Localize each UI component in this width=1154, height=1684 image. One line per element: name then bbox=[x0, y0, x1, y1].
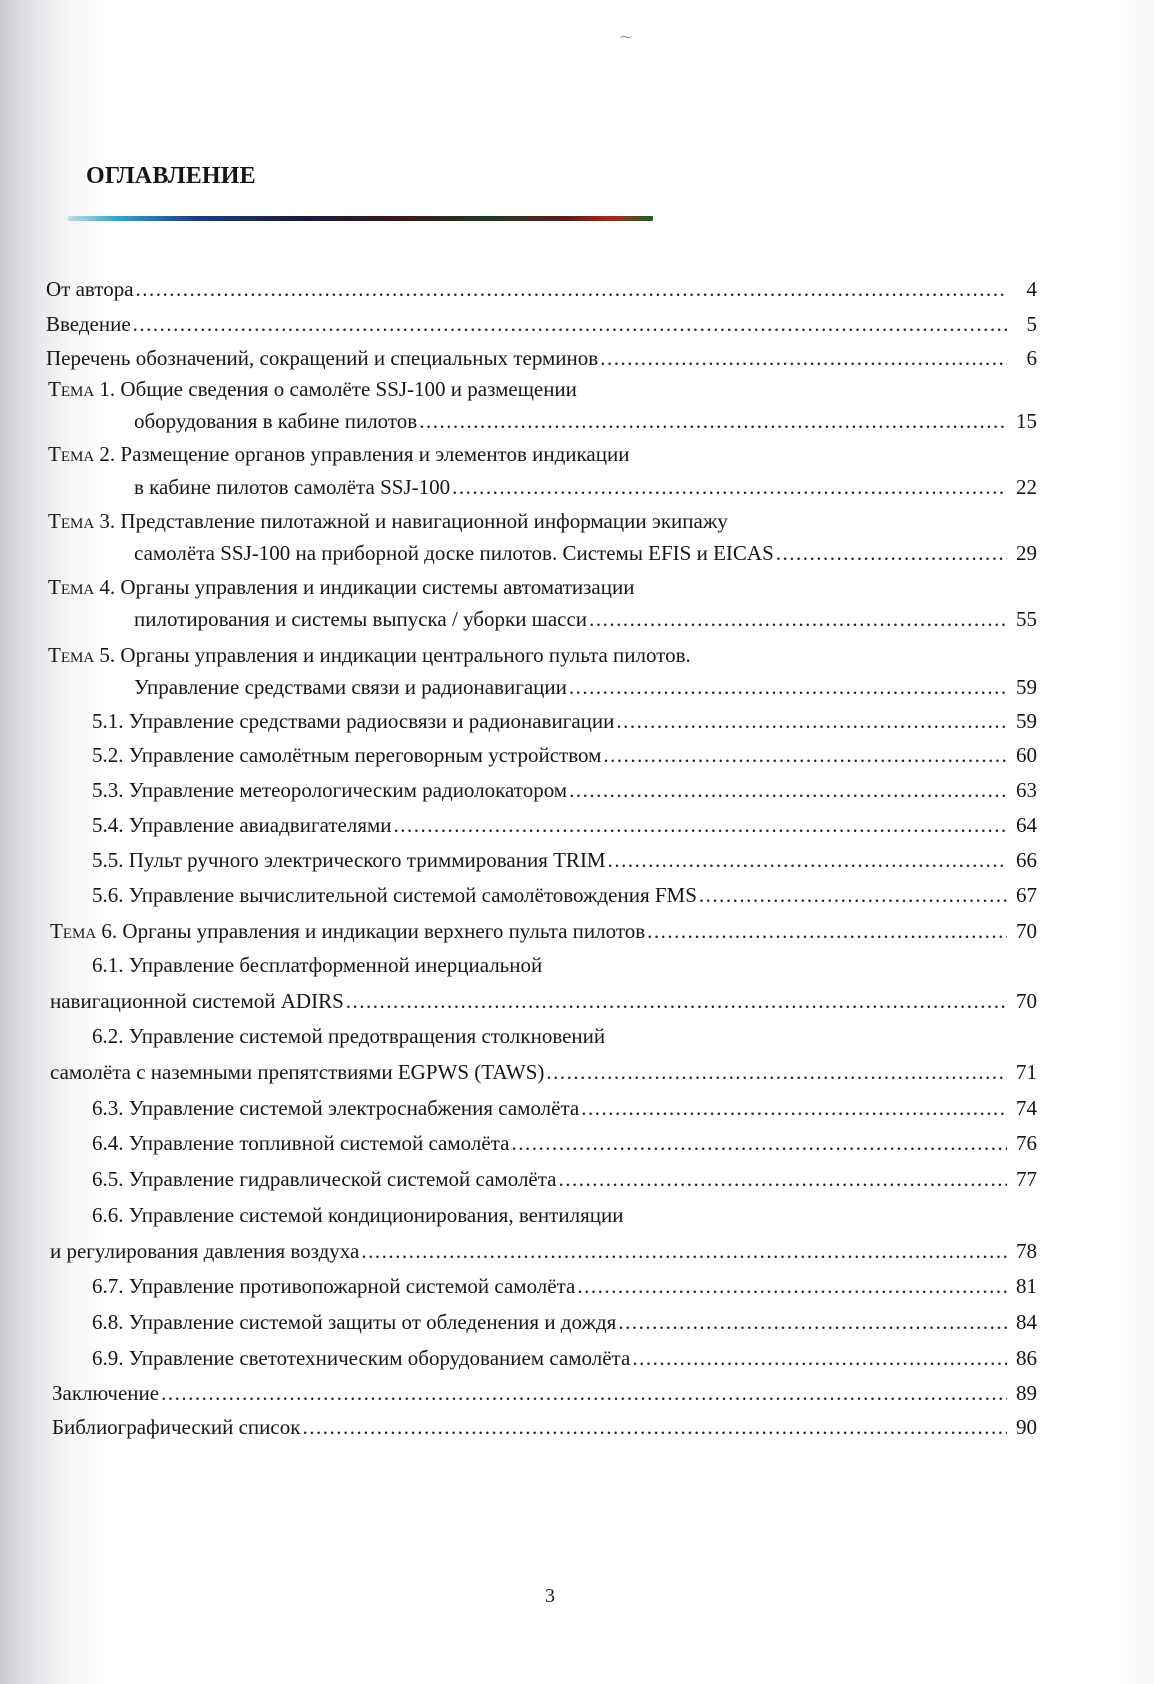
toc-entry-label: 5.2. Управление самолётным переговорным … bbox=[92, 742, 601, 768]
toc-entry-label: Заключение bbox=[52, 1380, 159, 1406]
toc-entry-s-6-1[interactable]: навигационной системой ADIRS 70 bbox=[50, 988, 1037, 1014]
toc-entry-title: Органы управления и индикации верхнего п… bbox=[122, 919, 645, 943]
toc-entry-label: 5.5. Пульт ручного электрического тримми… bbox=[92, 847, 606, 873]
dot-leader bbox=[452, 474, 1007, 500]
toc-entry-s-6-5[interactable]: 6.5. Управление гидравлической системой … bbox=[92, 1166, 1037, 1192]
toc-entry-page: 6 bbox=[1011, 345, 1037, 371]
toc-entry-label: 6.3. Управление системой электроснабжени… bbox=[92, 1095, 579, 1121]
toc-entry-tema-3[interactable]: самолёта SSJ-100 на приборной доске пило… bbox=[134, 540, 1037, 566]
toc-entry-label: 6.4. Управление топливной системой самол… bbox=[92, 1130, 509, 1156]
toc-entry-tema-6[interactable]: Тема 6. Органы управления и индикации ве… bbox=[50, 918, 1037, 944]
toc-entry-abbreviations[interactable]: Перечень обозначений, сокращений и специ… bbox=[46, 345, 1037, 371]
dot-leader bbox=[618, 1309, 1007, 1335]
dot-leader bbox=[546, 1059, 1007, 1085]
dot-leader bbox=[581, 1095, 1007, 1121]
toc-entry-page: 4 bbox=[1011, 276, 1037, 302]
toc-entry-page: 90 bbox=[1011, 1414, 1037, 1440]
toc-entry-label: Введение bbox=[46, 311, 131, 337]
dot-leader bbox=[559, 1166, 1007, 1192]
tema-number: 1. bbox=[99, 377, 115, 401]
dot-leader bbox=[647, 918, 1007, 944]
dot-leader bbox=[776, 540, 1007, 566]
toc-entry-page: 55 bbox=[1011, 606, 1037, 632]
toc-entry-label: Тема 6. Органы управления и индикации ве… bbox=[50, 918, 645, 944]
toc-entry-page: 70 bbox=[1011, 988, 1037, 1014]
toc-entry-label-continued: самолёта SSJ-100 на приборной доске пило… bbox=[134, 540, 774, 566]
toc-entry-s-6-1-title[interactable]: 6.1. Управление бесплатформенной инерциа… bbox=[92, 952, 542, 978]
toc-entry-s-6-2[interactable]: самолёта с наземными препятствиями EGPWS… bbox=[50, 1059, 1037, 1085]
toc-entry-label: Размещение органов управления и элементо… bbox=[120, 442, 629, 466]
toc-entry-page: 81 bbox=[1011, 1273, 1037, 1299]
toc-entry-s-5-2[interactable]: 5.2. Управление самолётным переговорным … bbox=[92, 742, 1037, 768]
toc-entry-conclusion[interactable]: Заключение 89 bbox=[52, 1380, 1037, 1406]
toc-entry-page: 66 bbox=[1011, 847, 1037, 873]
toc-entry-tema-5[interactable]: Управление средствами связи и радионавиг… bbox=[134, 674, 1037, 700]
toc-entry-label: 6.7. Управление противопожарной системой… bbox=[92, 1273, 575, 1299]
toc-entry-page: 89 bbox=[1011, 1380, 1037, 1406]
toc-entry-s-6-7[interactable]: 6.7. Управление противопожарной системой… bbox=[92, 1273, 1037, 1299]
toc-entry-s-6-9[interactable]: 6.9. Управление светотехническим оборудо… bbox=[92, 1345, 1037, 1371]
dot-leader bbox=[569, 777, 1007, 803]
toc-entry-label: 6.6. Управление системой кондиционирован… bbox=[92, 1203, 623, 1227]
toc-entry-tema-1[interactable]: оборудования в кабине пилотов 15 bbox=[134, 408, 1037, 434]
toc-entry-page: 84 bbox=[1011, 1309, 1037, 1335]
toc-entry-tema-1-title[interactable]: Тема 1. Общие сведения о самолёте SSJ-10… bbox=[48, 376, 577, 402]
toc-entry-page: 59 bbox=[1011, 674, 1037, 700]
toc-entry-s-5-4[interactable]: 5.4. Управление авиадвигателями 64 bbox=[92, 812, 1037, 838]
toc-entry-tema-5-title[interactable]: Тема 5. Органы управления и индикации це… bbox=[48, 642, 691, 668]
toc-entry-page: 5 bbox=[1011, 311, 1037, 337]
toc-entry-s-5-3[interactable]: 5.3. Управление метеорологическим радиол… bbox=[92, 777, 1037, 803]
tema-number: 4. bbox=[99, 575, 115, 599]
dot-leader bbox=[136, 276, 1007, 302]
toc-entry-introduction[interactable]: Введение 5 bbox=[46, 311, 1037, 337]
tema-label: Тема bbox=[48, 575, 94, 599]
toc-entry-page: 71 bbox=[1011, 1059, 1037, 1085]
dot-leader bbox=[603, 742, 1007, 768]
dot-leader bbox=[361, 1238, 1007, 1264]
toc-entry-tema-2-title[interactable]: Тема 2. Размещение органов управления и … bbox=[48, 441, 629, 467]
toc-entry-page: 63 bbox=[1011, 777, 1037, 803]
toc-entry-page: 74 bbox=[1011, 1095, 1037, 1121]
toc-entry-s-6-8[interactable]: 6.8. Управление системой защиты от облед… bbox=[92, 1309, 1037, 1335]
toc-entry-label: Общие сведения о самолёте SSJ-100 и разм… bbox=[120, 377, 576, 401]
toc-entry-label: Органы управления и индикации системы ав… bbox=[120, 575, 634, 599]
toc-entry-page: 86 bbox=[1011, 1345, 1037, 1371]
toc-entry-label: 6.1. Управление бесплатформенной инерциа… bbox=[92, 953, 542, 977]
dot-leader bbox=[394, 812, 1007, 838]
toc-entry-label: Органы управления и индикации центрально… bbox=[120, 643, 690, 667]
dot-leader bbox=[302, 1414, 1007, 1440]
dot-leader bbox=[608, 847, 1007, 873]
toc-entry-label: 6.5. Управление гидравлической системой … bbox=[92, 1166, 557, 1192]
toc-entry-label: Представление пилотажной и навигационной… bbox=[120, 509, 727, 533]
dot-leader bbox=[161, 1380, 1007, 1406]
toc-entry-label: 5.3. Управление метеорологическим радиол… bbox=[92, 777, 567, 803]
dot-leader bbox=[511, 1130, 1007, 1156]
toc-entry-from-author[interactable]: От автора 4 bbox=[46, 276, 1037, 302]
toc-entry-page: 76 bbox=[1011, 1130, 1037, 1156]
toc-entry-s-6-2-title[interactable]: 6.2. Управление системой предотвращения … bbox=[92, 1023, 605, 1049]
tema-number: 2. bbox=[99, 442, 115, 466]
toc-entry-label-continued: пилотирования и системы выпуска / уборки… bbox=[134, 606, 587, 632]
dot-leader bbox=[699, 882, 1007, 908]
toc-entry-page: 29 bbox=[1011, 540, 1037, 566]
toc-entry-page: 77 bbox=[1011, 1166, 1037, 1192]
toc-entry-tema-2[interactable]: в кабине пилотов самолёта SSJ-100 22 bbox=[134, 474, 1037, 500]
toc-heading: ОГЛАВЛЕНИЕ bbox=[86, 163, 256, 190]
paper-speck: ⁓ bbox=[620, 34, 634, 40]
tema-label: Тема bbox=[48, 442, 94, 466]
toc-entry-label-continued: в кабине пилотов самолёта SSJ-100 bbox=[134, 474, 450, 500]
toc-entry-s-5-6[interactable]: 5.6. Управление вычислительной системой … bbox=[92, 882, 1037, 908]
toc-entry-label: Перечень обозначений, сокращений и специ… bbox=[46, 345, 598, 371]
dot-leader bbox=[632, 1345, 1007, 1371]
tema-label: Тема bbox=[48, 377, 94, 401]
toc-entry-label: 6.9. Управление светотехническим оборудо… bbox=[92, 1345, 630, 1371]
toc-entry-label: От автора bbox=[46, 276, 134, 302]
dot-leader bbox=[616, 708, 1007, 734]
toc-entry-label: 5.1. Управление средствами радиосвязи и … bbox=[92, 708, 614, 734]
toc-entry-label: 5.6. Управление вычислительной системой … bbox=[92, 882, 697, 908]
toc-entry-s-5-1[interactable]: 5.1. Управление средствами радиосвязи и … bbox=[92, 708, 1037, 734]
toc-entry-page: 59 bbox=[1011, 708, 1037, 734]
toc-entry-label: 6.2. Управление системой предотвращения … bbox=[92, 1024, 605, 1048]
toc-entry-label: 6.8. Управление системой защиты от облед… bbox=[92, 1309, 616, 1335]
toc-entry-label: Библиографический список bbox=[52, 1414, 300, 1440]
toc-entry-bibliography[interactable]: Библиографический список 90 bbox=[52, 1414, 1037, 1440]
dot-leader bbox=[577, 1273, 1007, 1299]
dot-leader bbox=[589, 606, 1007, 632]
toc-entry-s-6-4[interactable]: 6.4. Управление топливной системой самол… bbox=[92, 1130, 1037, 1156]
toc-entry-label-continued: Управление средствами связи и радионавиг… bbox=[134, 674, 567, 700]
toc-entry-tema-4[interactable]: пилотирования и системы выпуска / уборки… bbox=[134, 606, 1037, 632]
toc-entry-page: 64 bbox=[1011, 812, 1037, 838]
toc-entry-page: 67 bbox=[1011, 882, 1037, 908]
toc-entry-page: 60 bbox=[1011, 742, 1037, 768]
tema-label: Тема bbox=[48, 509, 94, 533]
toc-entry-page: 70 bbox=[1011, 918, 1037, 944]
tema-label: Тема bbox=[50, 919, 96, 943]
page-number: 3 bbox=[0, 1585, 1100, 1608]
toc-entry-label-continued: навигационной системой ADIRS bbox=[50, 988, 344, 1014]
toc-entry-s-6-6-title[interactable]: 6.6. Управление системой кондиционирован… bbox=[92, 1202, 623, 1228]
dot-leader bbox=[419, 408, 1007, 434]
toc-entry-page: 78 bbox=[1011, 1238, 1037, 1264]
toc-entry-s-6-6[interactable]: и регулирования давления воздуха 78 bbox=[50, 1238, 1037, 1264]
tema-number: 3. bbox=[99, 509, 115, 533]
toc-entry-label-continued: самолёта с наземными препятствиями EGPWS… bbox=[50, 1059, 544, 1085]
toc-entry-label: 5.4. Управление авиадвигателями bbox=[92, 812, 392, 838]
toc-entry-tema-3-title[interactable]: Тема 3. Представление пилотажной и навиг… bbox=[48, 508, 728, 534]
tema-label: Тема bbox=[48, 643, 94, 667]
tema-number: 5. bbox=[99, 643, 115, 667]
toc-entry-tema-4-title[interactable]: Тема 4. Органы управления и индикации си… bbox=[48, 574, 634, 600]
toc-entry-page: 22 bbox=[1011, 474, 1037, 500]
toc-entry-s-6-3[interactable]: 6.3. Управление системой электроснабжени… bbox=[92, 1095, 1037, 1121]
heading-underline-rule bbox=[68, 216, 653, 221]
tema-number: 6. bbox=[101, 919, 117, 943]
dot-leader bbox=[133, 311, 1007, 337]
toc-entry-page: 15 bbox=[1011, 408, 1037, 434]
toc-entry-s-5-5[interactable]: 5.5. Пульт ручного электрического тримми… bbox=[92, 847, 1037, 873]
dot-leader bbox=[569, 674, 1007, 700]
dot-leader bbox=[346, 988, 1007, 1014]
book-page: ⁓ ОГЛАВЛЕНИЕ От автора 4 Введение 5 Пере… bbox=[0, 0, 1154, 1684]
toc-entry-label-continued: оборудования в кабине пилотов bbox=[134, 408, 417, 434]
toc-entry-label-continued: и регулирования давления воздуха bbox=[50, 1238, 359, 1264]
dot-leader bbox=[600, 345, 1007, 371]
